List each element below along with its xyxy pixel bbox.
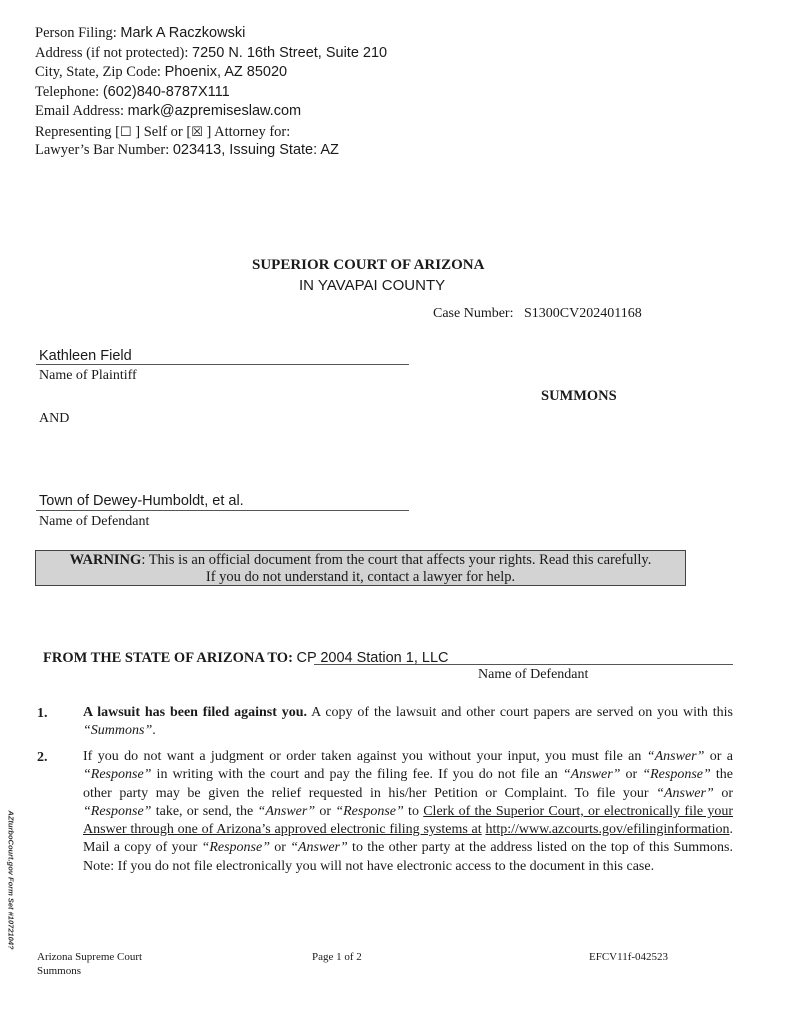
- filer-city: City, State, Zip Code: Phoenix, AZ 85020: [35, 63, 287, 83]
- person-filing-value: Mark A Raczkowski: [120, 25, 245, 41]
- case-number-value: S1300CV202401168: [524, 306, 642, 321]
- item-2-text: If you do not want a judgment or order t…: [83, 748, 733, 876]
- item-2-t4b: or: [714, 786, 733, 801]
- answer-term: “Answer”: [258, 804, 316, 819]
- address-value: 7250 N. 16th Street, Suite 210: [192, 45, 387, 61]
- item-1-bold: A lawsuit has been filed against you.: [83, 705, 307, 720]
- from-label: FROM THE STATE OF ARIZONA TO:: [43, 650, 293, 666]
- response-term: “Response”: [83, 767, 151, 782]
- warning-line-1: WARNING: This is an official document fr…: [36, 552, 685, 569]
- item-2-t1: If you do not want a judgment or order t…: [83, 749, 647, 764]
- case-number: Case Number: S1300CV202401168: [433, 306, 642, 322]
- item-1-body: A copy of the lawsuit and other court pa…: [307, 705, 733, 720]
- filer-person: Person Filing: Mark A Raczkowski: [35, 24, 245, 44]
- court-county: IN YAVAPAI COUNTY: [299, 277, 445, 294]
- case-number-label: Case Number:: [433, 306, 513, 321]
- warning-line-2: If you do not understand it, contact a l…: [36, 569, 685, 586]
- footer-form-code: EFCV11f-042523: [589, 950, 668, 964]
- filer-telephone: Telephone: (602)840-8787X111: [35, 83, 230, 103]
- defendant-underline: [36, 510, 409, 511]
- and-label: AND: [39, 411, 69, 427]
- self-checkbox-icon: ☐: [120, 124, 132, 139]
- filer-representing: Representing [☐ ] Self or [☒ ] Attorney …: [35, 122, 290, 143]
- item-2-t7: to: [404, 804, 423, 819]
- item-2-t4d: or: [270, 840, 290, 855]
- recipient-underline: [314, 664, 733, 665]
- bar-value: 023413, Issuing State: AZ: [173, 142, 339, 158]
- court-title: SUPERIOR COURT OF ARIZONA: [252, 257, 484, 274]
- warning-box: WARNING: This is an official document fr…: [35, 550, 686, 586]
- warning-text-1: : This is an official document from the …: [141, 552, 651, 568]
- form-set-stamp-text: AZturboCourt.gov Form Set #1072104?: [7, 810, 16, 949]
- item-2-t4c: or: [315, 804, 335, 819]
- item-2-number: 2.: [37, 750, 48, 766]
- footer-page-number: Page 1 of 2: [312, 950, 362, 964]
- item-2-t4: or: [620, 767, 642, 782]
- plaintiff-underline: [36, 364, 409, 365]
- warning-label: WARNING: [70, 552, 142, 568]
- city-label: City, State, Zip Code:: [35, 64, 161, 80]
- telephone-value: (602)840-8787X111: [103, 84, 230, 100]
- defendant-name: Town of Dewey-Humboldt, et al.: [39, 493, 244, 509]
- footer-form-name: Summons: [37, 964, 142, 978]
- filer-bar-number: Lawyer’s Bar Number: 023413, Issuing Sta…: [35, 141, 339, 161]
- item-2-t3: in writing with the court and pay the fi…: [151, 767, 562, 782]
- answer-term: “Answer”: [656, 786, 714, 801]
- response-term: “Response”: [642, 767, 710, 782]
- response-term: “Response”: [83, 804, 151, 819]
- city-value: Phoenix, AZ 85020: [165, 64, 288, 80]
- item-1-end: .: [152, 723, 156, 738]
- plaintiff-label: Name of Plaintiff: [39, 368, 137, 384]
- person-filing-label: Person Filing:: [35, 25, 117, 41]
- self-label: ] Self or [: [135, 124, 191, 140]
- recipient-label: Name of Defendant: [478, 667, 588, 683]
- representing-prefix: Representing [: [35, 124, 120, 140]
- item-2-t6: take, or send, the: [151, 804, 257, 819]
- attorney-checkbox-icon: ☒: [191, 124, 203, 139]
- answer-term: “Answer”: [290, 840, 348, 855]
- form-set-stamp: AZturboCourt.gov Form Set #1072104?: [2, 800, 20, 960]
- answer-term: “Answer”: [563, 767, 621, 782]
- filer-address: Address (if not protected): 7250 N. 16th…: [35, 44, 387, 64]
- document-type: SUMMONS: [541, 388, 617, 405]
- response-term: “Response”: [335, 804, 403, 819]
- plaintiff-name: Kathleen Field: [39, 348, 132, 364]
- efiling-link[interactable]: http://www.azcourts.gov/efilinginformati…: [485, 822, 729, 837]
- bar-label: Lawyer’s Bar Number:: [35, 142, 169, 158]
- filer-email: Email Address: mark@azpremiseslaw.com: [35, 102, 301, 122]
- address-label: Address (if not protected):: [35, 45, 188, 61]
- item-1-summons: “Summons”: [83, 723, 152, 738]
- item-1-number: 1.: [37, 706, 48, 722]
- footer-court: Arizona Supreme Court: [37, 950, 142, 964]
- email-label: Email Address:: [35, 103, 124, 119]
- response-term: “Response”: [202, 840, 270, 855]
- email-value: mark@azpremiseslaw.com: [128, 103, 301, 119]
- item-2-t2: or a: [704, 749, 733, 764]
- answer-term: “Answer”: [647, 749, 705, 764]
- footer-left: Arizona Supreme Court Summons: [37, 950, 142, 978]
- item-1-text: A lawsuit has been filed against you. A …: [83, 704, 733, 741]
- attorney-label: ] Attorney for:: [207, 124, 291, 140]
- telephone-label: Telephone:: [35, 84, 99, 100]
- defendant-label: Name of Defendant: [39, 514, 149, 530]
